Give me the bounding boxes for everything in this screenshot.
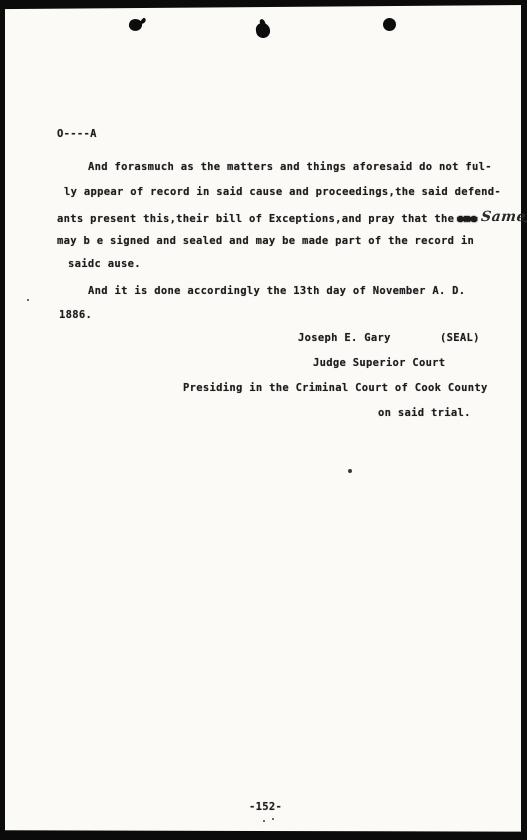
body-line: ants present this,their bill of Exceptio…	[57, 210, 526, 226]
margin-label: O----A	[57, 128, 97, 140]
body-line: And forasmuch as the matters and things …	[88, 161, 492, 173]
body-line: ly appear of record in said cause and pr…	[64, 186, 501, 198]
body-line: And it is done accordingly the 13th day …	[88, 285, 465, 297]
ink-dot-icon	[383, 18, 396, 31]
scan-edge-right	[521, 0, 527, 840]
body-line: saidc ause.	[68, 258, 141, 270]
scan-edge-left	[0, 0, 5, 840]
seal-label: (SEAL)	[440, 332, 480, 344]
ink-dot-icon	[255, 22, 271, 39]
body-line: may b e signed and sealed and may be mad…	[57, 235, 474, 247]
handwritten-word: Same	[480, 209, 527, 225]
scan-edge-bottom	[0, 830, 527, 840]
ink-speck	[27, 299, 29, 301]
ink-speck	[263, 820, 265, 822]
strikethrough-word: sme	[457, 213, 477, 225]
scanned-document-page: O----A And forasmuch as the matters and …	[0, 0, 527, 840]
signature-trial-line: on said trial.	[378, 407, 471, 419]
signature-court-line: Presiding in the Criminal Court of Cook …	[183, 382, 488, 394]
signature-title: Judge Superior Court	[313, 357, 445, 369]
ink-speck	[348, 469, 352, 473]
signature-name: Joseph E. Gary	[298, 332, 391, 344]
body-line: 1886.	[59, 309, 92, 321]
ink-speck	[272, 818, 274, 820]
ink-dot-icon	[128, 18, 144, 33]
body-line-text: ants present this,their bill of Exceptio…	[57, 213, 454, 225]
scan-edge-top	[0, 0, 527, 9]
page-number: -152-	[249, 801, 282, 813]
